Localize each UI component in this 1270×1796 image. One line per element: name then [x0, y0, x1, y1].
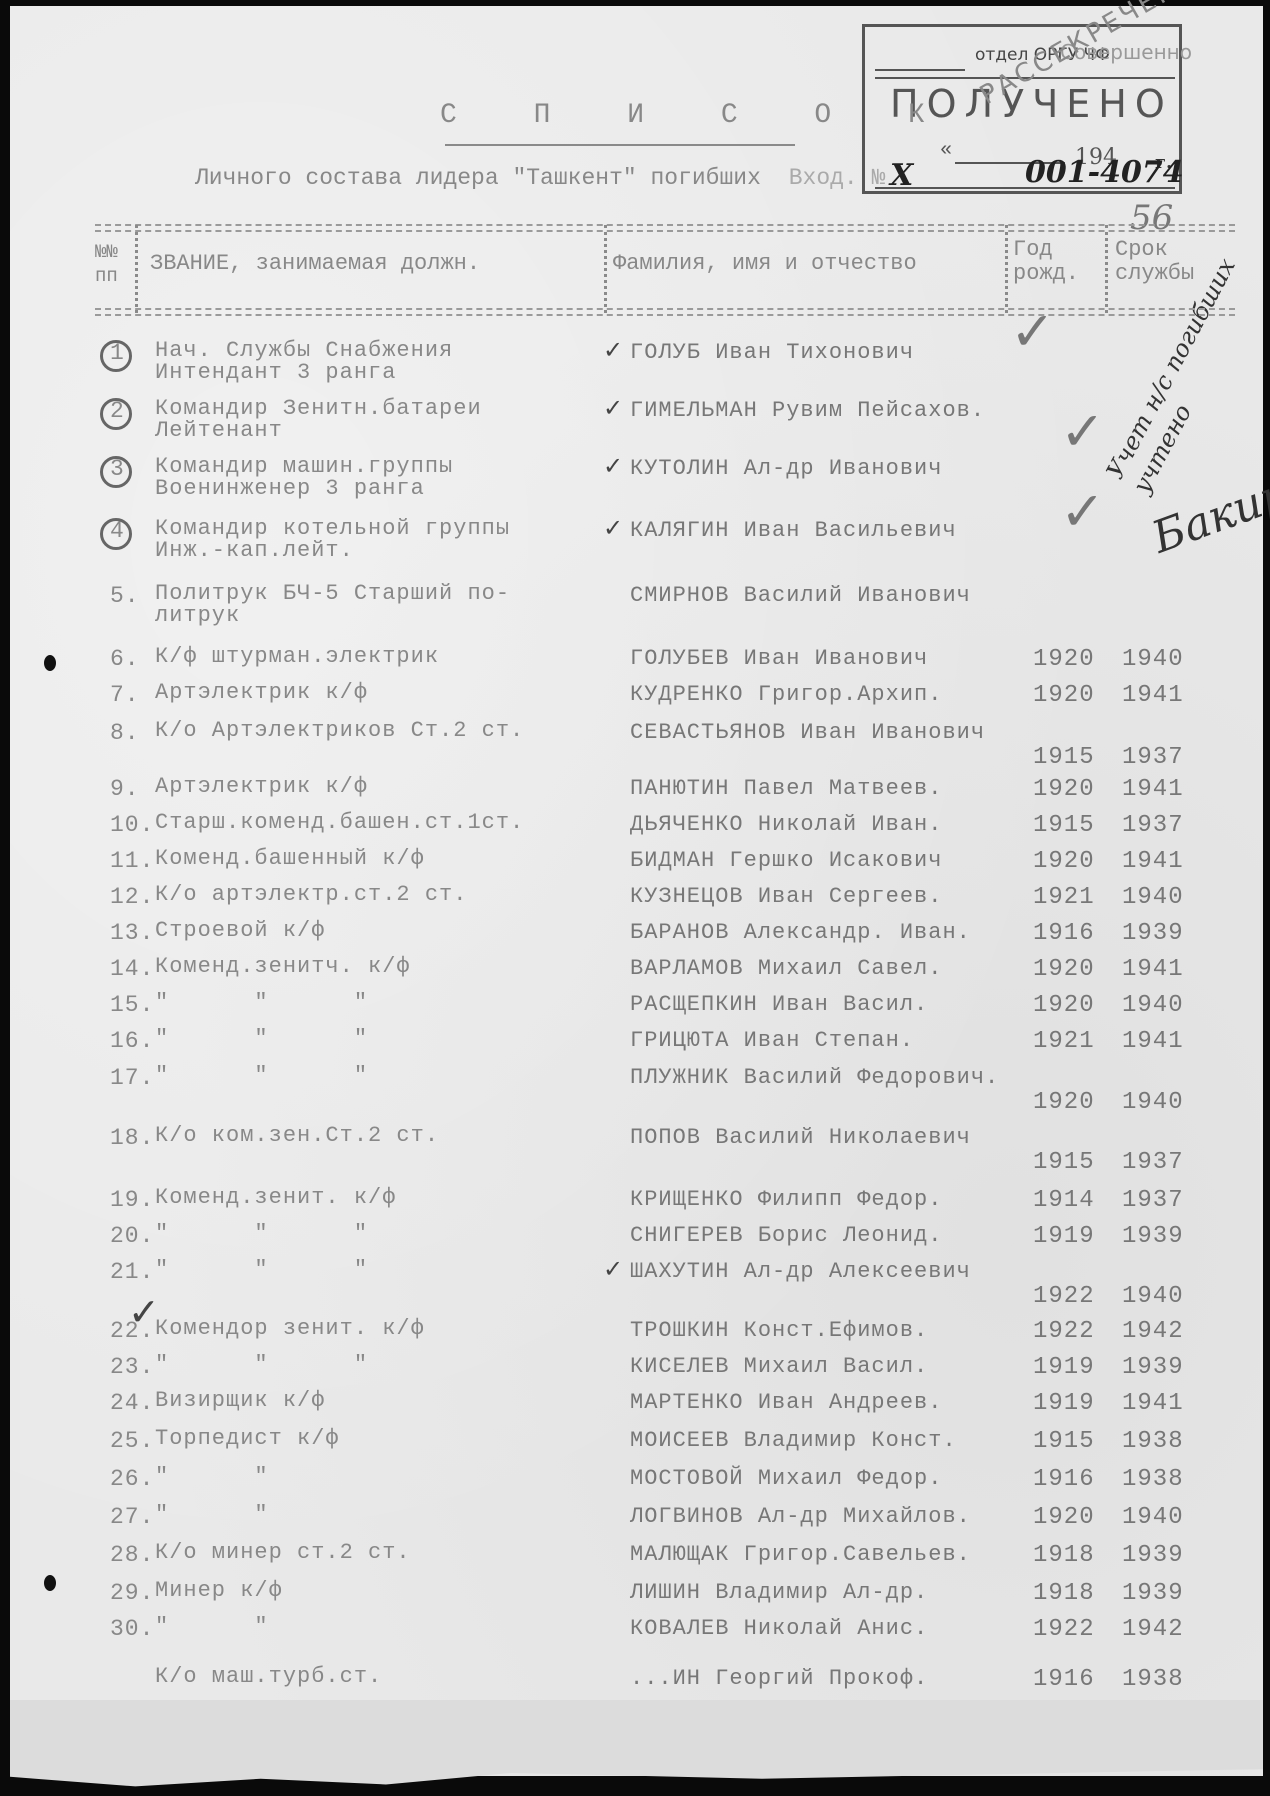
check-mark-icon: ✓	[603, 336, 623, 364]
table-row: 8.К/о Артэлектриков Ст.2 ст.СЕВАСТЬЯНОВ …	[0, 720, 1270, 756]
row-number: 17.	[110, 1065, 154, 1091]
table-row: 26." "МОСТОВОЙ Михаил Федор.19161938	[0, 1466, 1270, 1502]
birth-year: 1922	[1033, 1318, 1095, 1345]
table-row: 30." "КОВАЛЕВ Николай Анис.19221942	[0, 1616, 1270, 1652]
rank-position: " "	[155, 1616, 269, 1638]
torn-bottom-edge	[10, 1700, 1263, 1796]
birth-year: 1915	[1033, 1428, 1095, 1455]
table-row: 6.К/ф штурман.электрикГОЛУБЕВ Иван Ивано…	[0, 646, 1270, 682]
row-number: 5.	[110, 583, 140, 609]
rank-position: Коменд.башенный к/ф	[155, 848, 425, 870]
check-mark-icon: ✓	[603, 452, 623, 480]
row-number: 18.	[110, 1125, 154, 1151]
table-row: 23." " "КИСЕЛЕВ Михаил Васил.19191939	[0, 1354, 1270, 1390]
table-row: 16." " "ГРИЦЮТА Иван Степан.19211941	[0, 1028, 1270, 1064]
table-row: 5.Политрук БЧ-5 Старший по- литрукСМИРНО…	[0, 583, 1270, 619]
service-year: 1941	[1122, 776, 1184, 803]
birth-year: 1918	[1033, 1580, 1095, 1607]
handwritten-prefix: Х	[890, 158, 913, 193]
header-bottom-rule-2	[95, 314, 1235, 316]
table-row: 14.Коменд.зенитч. к/фВАРЛАМОВ Михаил Сав…	[0, 956, 1270, 992]
table-row: 7.Артэлектрик к/фКУДРЕНКО Григор.Архип.1…	[0, 682, 1270, 718]
service-year: 1941	[1122, 848, 1184, 875]
service-year: 1940	[1122, 992, 1184, 1019]
service-year: 1939	[1122, 1580, 1184, 1607]
rank-position: " " "	[155, 1065, 368, 1087]
row-number: 24.	[110, 1390, 154, 1416]
incoming-number-label: Вход. №	[789, 165, 886, 191]
document-title: С П И С О К	[440, 100, 955, 131]
birth-year: 1914	[1033, 1187, 1095, 1214]
row-number: 7.	[110, 682, 140, 708]
row-number: 13.	[110, 920, 154, 946]
service-year: 1940	[1122, 1283, 1184, 1310]
rank-position: " "	[155, 1466, 269, 1488]
service-year: 1938	[1122, 1466, 1184, 1493]
birth-year: 1921	[1033, 884, 1095, 911]
check-mark-icon: ✓	[603, 1255, 623, 1283]
row-number: 6.	[110, 646, 140, 672]
table-row: 1Нач. Службы Снабжения Интендант 3 ранга…	[0, 340, 1270, 376]
table-row: 18.К/о ком.зен.Ст.2 ст.ПОПОВ Василий Ник…	[0, 1125, 1270, 1161]
handwritten-page-number: 56	[1130, 198, 1173, 238]
table-row: 10.Старш.коменд.башен.ст.1ст.ДЬЯЧЕНКО Ни…	[0, 812, 1270, 848]
service-year: 1939	[1122, 1354, 1184, 1381]
rank-position: Нач. Службы Снабжения Интендант 3 ранга	[155, 340, 453, 384]
full-name: КУТОЛИН Ал-др Иванович	[630, 456, 942, 481]
rank-position: Коменд.зенит. к/ф	[155, 1187, 396, 1209]
table-row: 15." " "РАСЩЕПКИН Иван Васил.19201940	[0, 992, 1270, 1028]
rank-position: Комендор зенит. к/ф	[155, 1318, 425, 1340]
full-name: МОСТОВОЙ Михаил Федор.	[630, 1466, 942, 1491]
service-year: 1941	[1122, 1390, 1184, 1417]
birth-year: 1920	[1033, 646, 1095, 673]
row-number: 2	[110, 398, 125, 424]
full-name: ...ИН Георгий Прокоф.	[630, 1666, 928, 1691]
rank-position: К/о артэлектр.ст.2 ст.	[155, 884, 467, 906]
rank-position: " " "	[155, 1223, 368, 1245]
service-year: 1941	[1122, 682, 1184, 709]
birth-year: 1922	[1033, 1283, 1095, 1310]
row-number: 27.	[110, 1504, 154, 1530]
full-name: КУДРЕНКО Григор.Архип.	[630, 682, 942, 707]
row-number: 9.	[110, 776, 140, 802]
service-year: 1939	[1122, 1542, 1184, 1569]
full-name: ГОЛУБ Иван Тихонович	[630, 340, 914, 365]
table-row: 17." " "ПЛУЖНИК Василий Федорович.192019…	[0, 1065, 1270, 1101]
rank-position: Торпедист к/ф	[155, 1428, 340, 1450]
birth-year: 1919	[1033, 1354, 1095, 1381]
column-separator	[1005, 225, 1008, 313]
service-year: 1939	[1122, 1223, 1184, 1250]
birth-year: 1920	[1033, 848, 1095, 875]
row-number: 23.	[110, 1354, 154, 1380]
rank-position: " " "	[155, 992, 368, 1014]
full-name: ПОПОВ Василий Николаевич	[630, 1125, 971, 1150]
birth-year: 1920	[1033, 682, 1095, 709]
margin-check-icon: ✓	[1060, 480, 1105, 543]
rank-position: К/о маш.турб.ст.	[155, 1666, 382, 1688]
rank-position: Артэлектрик к/ф	[155, 776, 368, 798]
full-name: МАЛЮЩАК Григор.Савельев.	[630, 1542, 971, 1567]
full-name: КИСЕЛЕВ Михаил Васил.	[630, 1354, 928, 1379]
service-year: 1941	[1122, 956, 1184, 983]
header-bottom-rule	[95, 308, 1235, 310]
full-name: КУЗНЕЦОВ Иван Сергеев.	[630, 884, 942, 909]
full-name: ДЬЯЧЕНКО Николай Иван.	[630, 812, 942, 837]
birth-year: 1919	[1033, 1223, 1095, 1250]
full-name: БИДМАН Гершко Исакович	[630, 848, 942, 873]
handwritten-registration-number: 001-4074	[1025, 155, 1184, 190]
rank-position: К/о Артэлектриков Ст.2 ст.	[155, 720, 524, 742]
full-name: МОИСЕЕВ Владимир Конст.	[630, 1428, 957, 1453]
birth-year: 1918	[1033, 1542, 1095, 1569]
row-number: 29.	[110, 1580, 154, 1606]
row-number: 30.	[110, 1616, 154, 1642]
rank-position: Строевой к/ф	[155, 920, 325, 942]
header-birth-year: Год рожд.	[1013, 238, 1093, 286]
service-year: 1937	[1122, 1187, 1184, 1214]
row-number: 11.	[110, 848, 154, 874]
row-number: 4	[110, 518, 125, 544]
row-number: 3	[110, 456, 125, 482]
header-full-name: Фамилия, имя и отчество	[613, 252, 917, 276]
birth-year: 1915	[1033, 812, 1095, 839]
table-row: 21." " "✓ШАХУТИН Ал-др Алексеевич1922194…	[0, 1259, 1270, 1295]
birth-year: 1915	[1033, 744, 1095, 771]
header-rank-position: ЗВАНИЕ, занимаемая должн.	[150, 252, 480, 276]
full-name: ЛИШИН Владимир Ал-др.	[630, 1580, 928, 1605]
row-number: 12.	[110, 884, 154, 910]
rank-position: " " "	[155, 1354, 368, 1376]
service-year: 1937	[1122, 1149, 1184, 1176]
birth-year: 1919	[1033, 1390, 1095, 1417]
rank-position: Старш.коменд.башен.ст.1ст.	[155, 812, 524, 834]
header-top-rule	[95, 224, 1235, 226]
rank-position: К/о ком.зен.Ст.2 ст.	[155, 1125, 439, 1147]
birth-year: 1921	[1033, 1028, 1095, 1055]
table-row: 13.Строевой к/фБАРАНОВ Александр. Иван.1…	[0, 920, 1270, 956]
column-separator	[1105, 225, 1108, 313]
birth-year: 1920	[1033, 1089, 1095, 1116]
full-name: КАЛЯГИН Иван Васильевич	[630, 518, 957, 543]
rank-position: Визирщик к/ф	[155, 1390, 325, 1412]
full-name: СЕВАСТЬЯНОВ Иван Иванович	[630, 720, 985, 745]
header-top-rule-2	[95, 230, 1235, 232]
check-mark-icon: ✓	[603, 394, 623, 422]
subtitle-text: Личного состава лидера "Ташкент" погибши…	[195, 165, 761, 191]
birth-year: 1920	[1033, 776, 1095, 803]
column-separator	[135, 225, 138, 313]
row-number: 19.	[110, 1187, 154, 1213]
service-year: 1940	[1122, 884, 1184, 911]
table-row: 12.К/о артэлектр.ст.2 ст.КУЗНЕЦОВ Иван С…	[0, 884, 1270, 920]
rank-position: Артэлектрик к/ф	[155, 682, 368, 704]
row-number: 15.	[110, 992, 154, 1018]
check-mark-icon: ✓	[128, 1290, 160, 1334]
row-number: 8.	[110, 720, 140, 746]
service-year: 1942	[1122, 1318, 1184, 1345]
rank-position: Минер к/ф	[155, 1580, 283, 1602]
rank-position: " "	[155, 1504, 269, 1526]
table-row: 24.Визирщик к/фМАРТЕНКО Иван Андреев.191…	[0, 1390, 1270, 1426]
birth-year: 1922	[1033, 1616, 1095, 1643]
rank-position: Политрук БЧ-5 Старший по- литрук	[155, 583, 510, 627]
header-number: №№ пп	[95, 240, 131, 288]
service-year: 1940	[1122, 1504, 1184, 1531]
rank-position: Коменд.зенитч. к/ф	[155, 956, 411, 978]
rank-position: Командир Зенитн.батареи Лейтенант	[155, 398, 482, 442]
table-row: 11.Коменд.башенный к/фБИДМАН Гершко Исак…	[0, 848, 1270, 884]
check-mark-icon: ✓	[603, 514, 623, 542]
stamp-date-quote: «	[940, 139, 952, 162]
service-year: 1941	[1122, 1028, 1184, 1055]
table-row: К/о маш.турб.ст....ИН Георгий Прокоф.191…	[0, 1666, 1270, 1702]
full-name: ПЛУЖНИК Василий Федорович.	[630, 1065, 999, 1090]
full-name: КОВАЛЕВ Николай Анис.	[630, 1616, 928, 1641]
rank-position: К/ф штурман.электрик	[155, 646, 439, 668]
full-name: ГОЛУБЕВ Иван Иванович	[630, 646, 928, 671]
birth-year: 1920	[1033, 992, 1095, 1019]
table-row: 9.Артэлектрик к/фПАНЮТИН Павел Матвеев.1…	[0, 776, 1270, 812]
full-name: СМИРНОВ Василий Иванович	[630, 583, 971, 608]
full-name: ГИМЕЛЬМАН Рувим Пейсахов.	[630, 398, 985, 423]
service-year: 1937	[1122, 812, 1184, 839]
column-separator	[604, 225, 607, 313]
birth-year: 1916	[1033, 920, 1095, 947]
birth-year: 1920	[1033, 1504, 1095, 1531]
table-row: 19.Коменд.зенит. к/фКРИЩЕНКО Филипп Федо…	[0, 1187, 1270, 1223]
service-year: 1940	[1122, 1089, 1184, 1116]
service-year: 1938	[1122, 1428, 1184, 1455]
service-year: 1939	[1122, 920, 1184, 947]
service-year: 1940	[1122, 646, 1184, 673]
table-row: 29.Минер к/фЛИШИН Владимир Ал-др.1918193…	[0, 1580, 1270, 1616]
table-row: 28.К/о минер ст.2 ст.МАЛЮЩАК Григор.Саве…	[0, 1542, 1270, 1578]
full-name: МАРТЕНКО Иван Андреев.	[630, 1390, 942, 1415]
rank-position: " " "	[155, 1259, 368, 1281]
service-year: 1937	[1122, 744, 1184, 771]
row-number: 25.	[110, 1428, 154, 1454]
full-name: ТРОШКИН Конст.Ефимов.	[630, 1318, 928, 1343]
table-row: 20." " "СНИГЕРЕВ Борис Леонид.19191939	[0, 1223, 1270, 1259]
full-name: КРИЩЕНКО Филипп Федор.	[630, 1187, 942, 1212]
row-number: 1	[110, 340, 125, 366]
full-name: СНИГЕРЕВ Борис Леонид.	[630, 1223, 942, 1248]
rank-position: Командир котельной группы Инж.-кап.лейт.	[155, 518, 510, 562]
margin-check-icon: ✓	[1010, 300, 1055, 363]
full-name: ПАНЮТИН Павел Матвеев.	[630, 776, 942, 801]
table-row: 25.Торпедист к/фМОИСЕЕВ Владимир Конст.1…	[0, 1428, 1270, 1464]
full-name: ШАХУТИН Ал-др Алексеевич	[630, 1259, 971, 1284]
title-underline	[445, 144, 795, 146]
service-year: 1938	[1122, 1666, 1184, 1693]
rank-position: К/о минер ст.2 ст.	[155, 1542, 411, 1564]
full-name: ЛОГВИНОВ Ал-др Михайлов.	[630, 1504, 971, 1529]
table-row: 27." "ЛОГВИНОВ Ал-др Михайлов.19201940	[0, 1504, 1270, 1540]
rank-position: Командир машин.группы Военинженер 3 ранг…	[155, 456, 453, 500]
full-name: РАСЩЕПКИН Иван Васил.	[630, 992, 928, 1017]
row-number: 16.	[110, 1028, 154, 1054]
service-year: 1942	[1122, 1616, 1184, 1643]
birth-year: 1920	[1033, 956, 1095, 983]
table-row: 22.Комендор зенит. к/ф✓ТРОШКИН Конст.Ефи…	[0, 1318, 1270, 1354]
margin-check-icon: ✓	[1060, 400, 1105, 463]
row-number: 28.	[110, 1542, 154, 1568]
row-number: 21.	[110, 1259, 154, 1285]
birth-year: 1916	[1033, 1666, 1095, 1693]
full-name: ВАРЛАМОВ Михаил Савел.	[630, 956, 942, 981]
birth-year: 1916	[1033, 1466, 1095, 1493]
row-number: 26.	[110, 1466, 154, 1492]
document-subtitle: Личного состава лидера "Ташкент" погибши…	[195, 165, 885, 191]
row-number: 14.	[110, 956, 154, 982]
full-name: ГРИЦЮТА Иван Степан.	[630, 1028, 914, 1053]
header-service-year: Срок службы	[1115, 238, 1215, 286]
full-name: БАРАНОВ Александр. Иван.	[630, 920, 971, 945]
rank-position: " " "	[155, 1028, 368, 1050]
row-number: 20.	[110, 1223, 154, 1249]
row-number: 10.	[110, 812, 154, 838]
birth-year: 1915	[1033, 1149, 1095, 1176]
